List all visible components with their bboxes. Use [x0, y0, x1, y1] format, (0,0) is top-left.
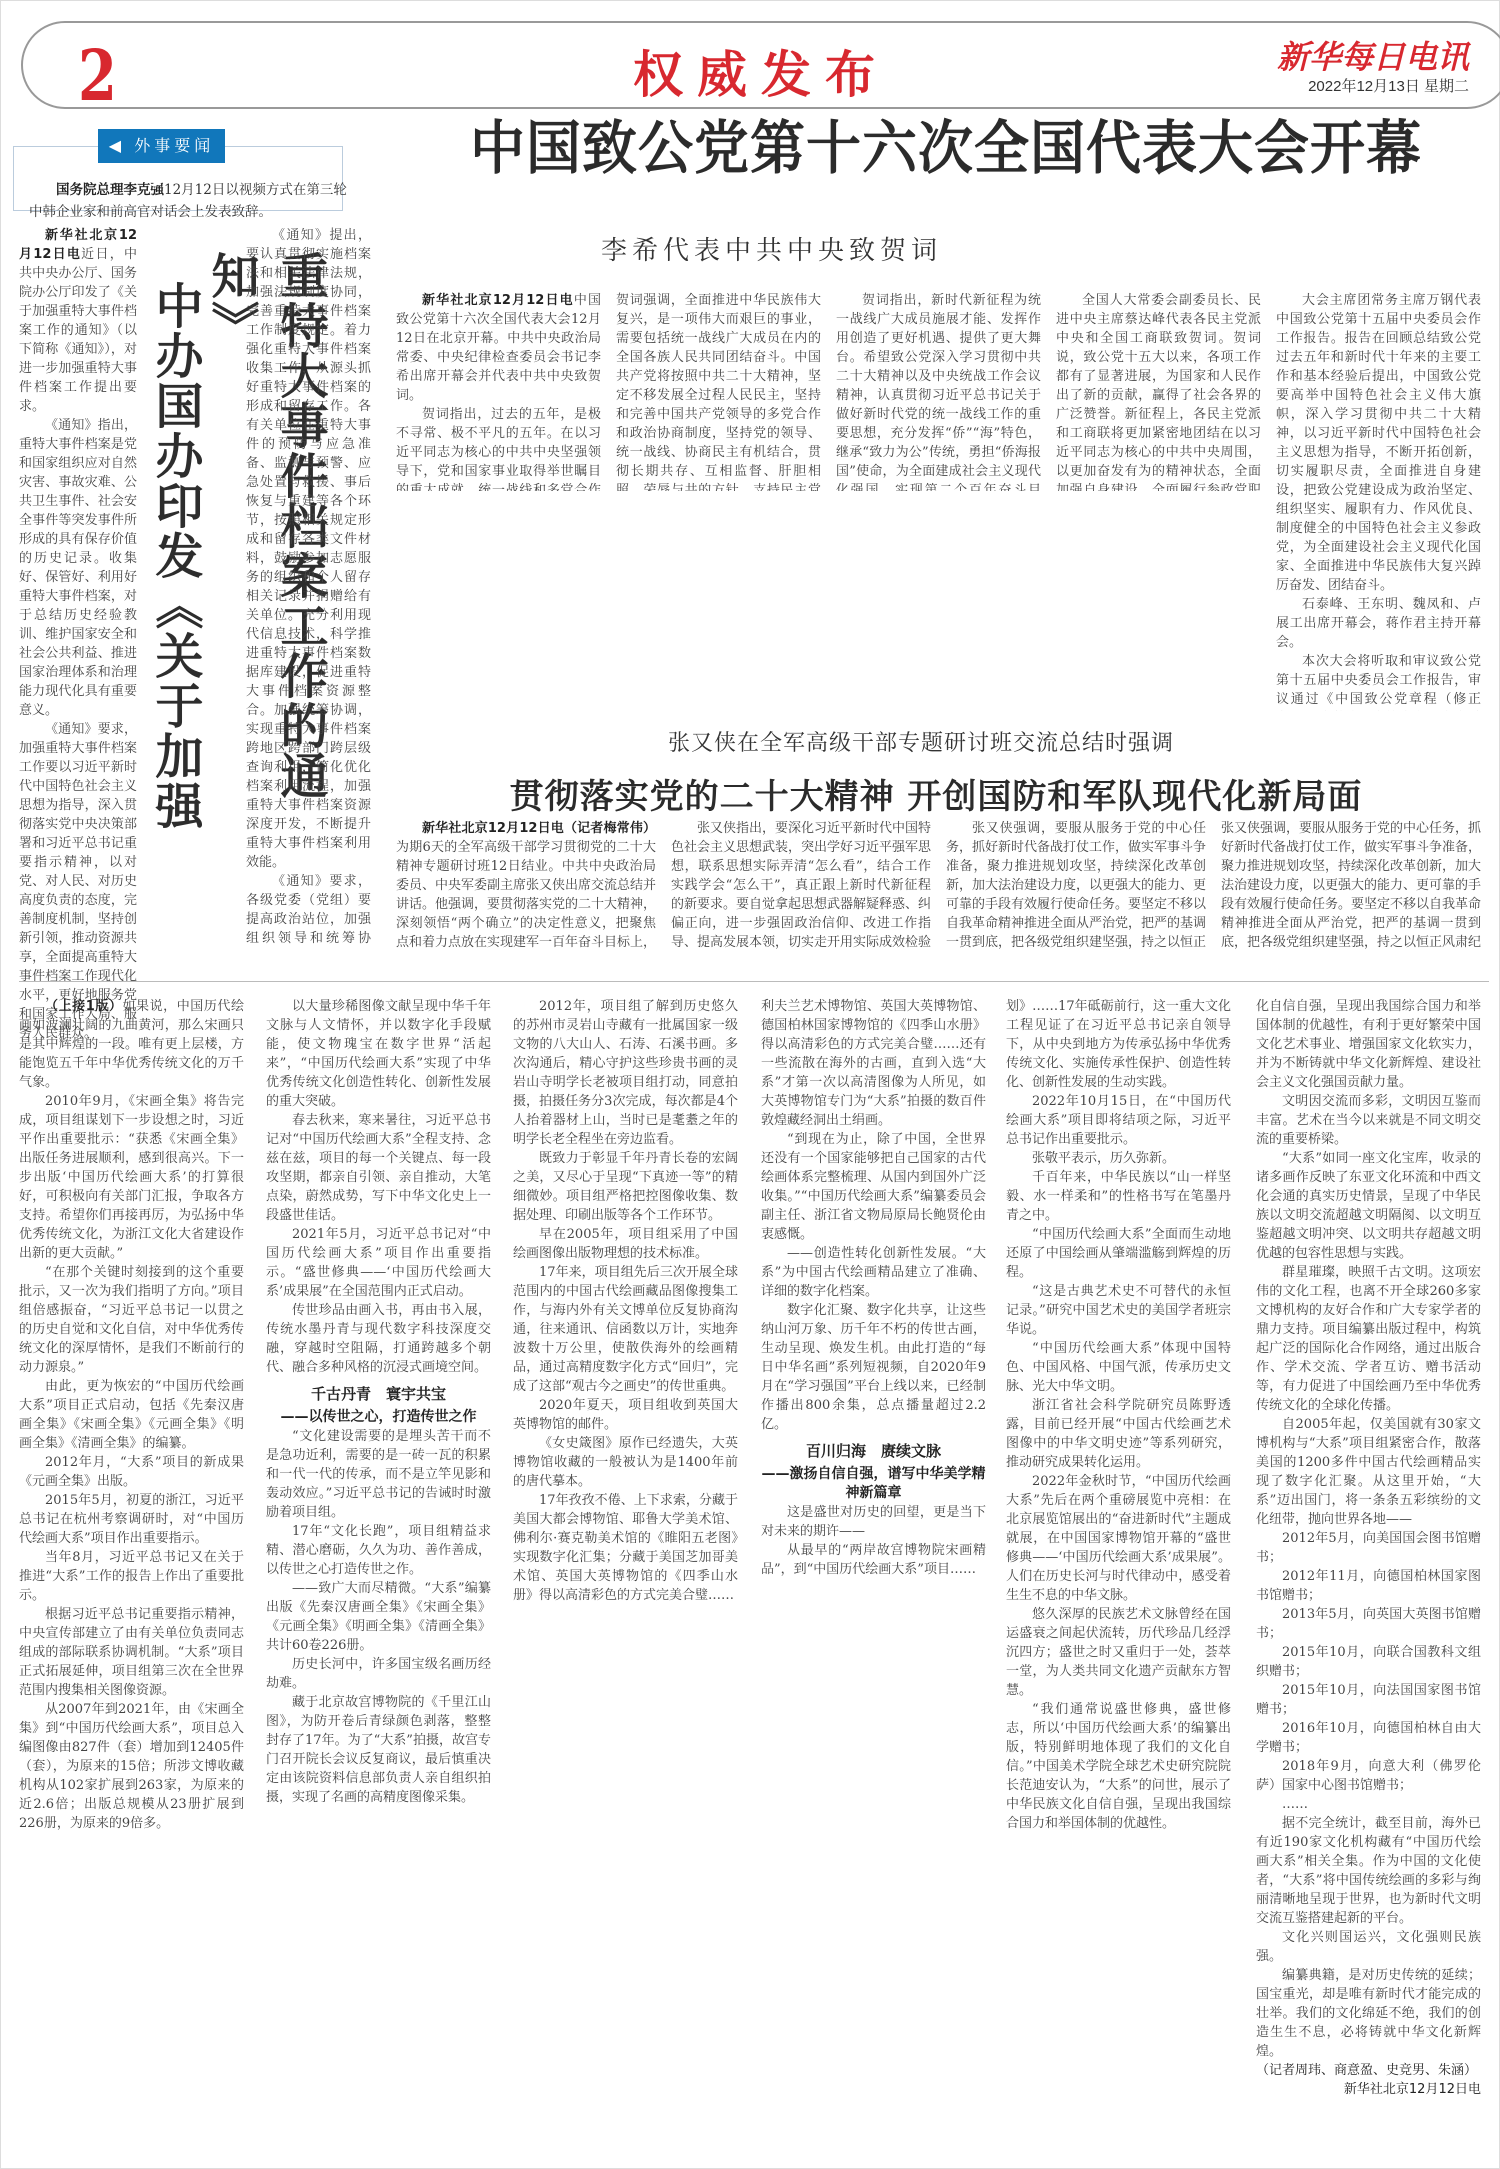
- painting-col-5: 划》……17年砥砺前行，这一重大文化工程见证了在习近平总书记亲自领导下，从中央到…: [1006, 997, 1231, 2157]
- painting-f11: 2016年10月，向德国柏林自由大学赠书；: [1256, 1719, 1481, 1757]
- painting-b5: “文化建设需要的是埋头苦干而不是急功近利，需要的是一砖一瓦的积累和一代一代的传承…: [266, 1427, 491, 1522]
- painting-f4: 群星璀璨，映照千古文明。这项宏伟的文化工程，也离不开全球260多家文博机构的友好…: [1256, 1263, 1481, 1415]
- brand-block: 新华每日电讯 2022年12月13日 星期二: [1277, 37, 1469, 97]
- painting-a2: 2010年9月，《宋画全集》将告完成，项目组谋划下一步设想之时，习近平作出重要批…: [19, 1092, 244, 1263]
- military-col-4: 张又侠强调，要服从服务于党的中心任务，抓好新时代备战打仗工作，做实军事斗争准备，…: [1221, 819, 1481, 949]
- painting-c2: 既致力于彰显千年丹青长卷的宏阔之美，又尽心于呈现“下真迹一等”的精细微妙。项目组…: [513, 1149, 738, 1225]
- painting-f7: 2012年11月，向德国柏林国家图书馆赠书；: [1256, 1567, 1481, 1605]
- painting-d4: 数字化汇聚、数字化共享，让这些纳山河万象、历千年不朽的传世古画，生动呈现、焕发生…: [761, 1301, 986, 1434]
- main-subheadline: 李希代表中共中央致贺词: [601, 233, 1201, 269]
- archive-p3: 《通知》要求，加强重特大事件档案工作要以习近平新时代中国特色社会主义思想为指导，…: [19, 720, 137, 1043]
- subsection2-title: 百川归海 赓续文脉: [761, 1442, 986, 1461]
- painting-b2: 春去秋来，寒来暑往，习近平总书记对“中国历代绘画大系”全程支持、念兹在兹，项目的…: [266, 1111, 491, 1225]
- military-p3-cont: 张又侠强调，要服从服务于党的中心任务，抓好新时代备战打仗工作，做实军事斗争准备，…: [1221, 819, 1481, 949]
- painting-d3: ——创造性转化创新性发展。“大系”为中国古代绘画精品建立了准确、详细的数字化档案…: [761, 1244, 986, 1301]
- painting-b6: 17年“文化长跑”，项目组精益求精、潜心磨砺，久久为功、善作善成，以传世之心打造…: [266, 1522, 491, 1579]
- archive-col-2: 《通知》提出，要认真贯彻实施档案法和相关法律法规，加强法规制度协同，完善重特大事…: [246, 226, 371, 946]
- painting-col-4: 利夫兰艺术博物馆、英国大英博物馆、德国柏林国家博物馆的《四季山水册》得以高清彩色…: [761, 997, 986, 2157]
- subsection2-subtitle: ——激扬自信自强，谱写中华美学精神新篇章: [761, 1465, 986, 1503]
- painting-a3: “在那个关键时刻接到的这个重要批示，又一次为我们指明了方向。”项目组倍感振奋，“…: [19, 1263, 244, 1377]
- painting-col-3: 2012年，项目组了解到历史悠久的苏州市灵岩山寺藏有一批属国家一级文物的八大山人…: [513, 997, 738, 2157]
- painting-d6: 从最早的“两岸故宫博物院宋画精品”，到“中国历代绘画大系”项目……: [761, 1541, 986, 1579]
- congress-p4: 贺词指出，新时代新征程为统一战线广大成员施展才能、发挥作用创造了更好机遇、提供了…: [836, 291, 1041, 491]
- painting-f2: 文明因交流而多彩，文明因互鉴而丰富。艺术在当今以来就是不同文明交流的重要桥梁。: [1256, 1092, 1481, 1149]
- congress-col-4: 全国人大常委会副委员长、民进中央主席蔡达峰代表各民主党派中央和全国工商联致贺词。…: [1056, 291, 1261, 491]
- foreign-news-tag: ◀ 外事要闻 ▶: [98, 129, 225, 163]
- military-p2: 张又侠指出，要深化习近平新时代中国特色社会主义思想武装，突出学好习近平强军思想，…: [671, 819, 931, 949]
- painting-e2: 2022年10月15日，在“中国历代绘画大系”项目即将结项之际，习近平总书记作出…: [1006, 1092, 1231, 1149]
- painting-e3: 张敬平表示，历久弥新。: [1006, 1149, 1231, 1168]
- painting-f5: 自2005年起，仅美国就有30家文博机构与“大系”项目组紧密合作，散落美国的12…: [1256, 1415, 1481, 1529]
- painting-f1: 化自信自强，呈现出我国综合国力和举国体制的优越性，有利于更好繁荣中国文化艺术事业…: [1256, 997, 1481, 1092]
- painting-c7: 17年孜孜不倦、上下求索，分藏于美国大都会博物馆、耶鲁大学美术馆、佛利尔·赛克勒…: [513, 1491, 738, 1605]
- painting-b1: 以大量珍稀图像文献呈现中华千年文脉与人文情怀，并以数字化手段赋能，使文物瑰宝在数…: [266, 997, 491, 1111]
- painting-b3: 2021年5月，习近平总书记对“中国历代绘画大系”项目作出重要指示。“盛世修典—…: [266, 1225, 491, 1301]
- painting-f6: 2012年5月，向美国国会图书馆赠书；: [1256, 1529, 1481, 1567]
- foreign-news-lead: 国务院总理李克强: [56, 182, 164, 198]
- painting-a8: 根据习近平总书记重要指示精神，中央宣传部建立了由有关单位负责同志组成的部际联系协…: [19, 1605, 244, 1700]
- congress-p7: 大会主席团常务主席万钢代表中国致公党第十五届中央委员会作工作报告。报告在回顾总结…: [1276, 291, 1481, 595]
- military-p3: 张又侠强调，要服从服务于党的中心任务，抓好新时代备战打仗工作，做实军事斗争准备，…: [946, 819, 1206, 949]
- masthead: 2 权威发布 新华每日电讯 2022年12月13日 星期二: [21, 21, 1500, 109]
- congress-col-2: 贺词强调，全面推进中华民族伟大复兴，是一项伟大而艰巨的事业，需要包括统一战线广大…: [616, 291, 821, 491]
- congress-p2: 贺词指出，过去的五年，是极不寻常、极不平凡的五年。在以习近平同志为核心的中共中央…: [396, 405, 601, 491]
- page-number: 2: [78, 41, 117, 111]
- painting-d2: “到现在为止，除了中国，全世界还没有一个国家能够把自己国家的古代绘画体系完整梳理…: [761, 1130, 986, 1244]
- painting-e11: “我们通常说盛世修典，盛世修志，所以‘中国历代绘画大系’的编纂出版，特别鲜明地体…: [1006, 1700, 1231, 1833]
- painting-e10: 悠久深厚的民族艺术文脉曾经在国运盛衰之间起伏流转，历代珍品几经浮沉四方；盛世之时…: [1006, 1605, 1231, 1700]
- painting-f13: ……: [1256, 1795, 1481, 1814]
- painting-c1: 2012年，项目组了解到历史悠久的苏州市灵岩山寺藏有一批属国家一级文物的八大山人…: [513, 997, 738, 1149]
- continued-from-label: （上接1版）: [45, 999, 122, 1014]
- congress-col-3: 贺词指出，新时代新征程为统一战线广大成员施展才能、发挥作用创造了更好机遇、提供了…: [836, 291, 1041, 491]
- painting-e5: “中国历代绘画大系”全面而生动地还原了中国绘画从肇端滥觞到辉煌的历程。: [1006, 1225, 1231, 1282]
- painting-f3: “大系”如同一座文化宝库，收录的诸多画作反映了东亚文化环流和中西文化会通的真实历…: [1256, 1149, 1481, 1263]
- military-col-1: 新华社北京12月12日电（记者梅常伟）为期6天的全军高级干部学习贯彻党的二十大精…: [396, 819, 656, 949]
- painting-col-1: （上接1版）如果说，中国历代绘画如波澜壮阔的九曲黄河，那么宋画只是其中辉煌的一段…: [19, 997, 244, 2157]
- section-title: 权威发布: [633, 45, 889, 105]
- issue-date: 2022年12月13日 星期二: [1277, 77, 1469, 97]
- painting-a9: 从2007年到2021年，由《宋画全集》到“中国历代绘画大系”，项目总入编图像由…: [19, 1700, 244, 1833]
- congress-p1: 中国致公党第十六次全国代表大会12月12日在北京开幕。中共中央政治局常委、中央纪…: [396, 293, 601, 403]
- painting-e1: 划》……17年砥砺前行，这一重大文化工程见证了在习近平总书记亲自领导下，从中央到…: [1006, 997, 1231, 1092]
- painting-a5: 2012年月，“大系”项目的新成果《元画全集》出版。: [19, 1453, 244, 1491]
- archive-p5: 《通知》要求，各级党委（党组）要提高政治站位，加强组织领导和统筹协调，建立党委统…: [246, 872, 371, 946]
- section-divider: [19, 981, 1489, 982]
- painting-f10: 2015年10月，向法国国家图书馆赠书；: [1256, 1681, 1481, 1719]
- archive-p2: 《通知》指出，重特大事件档案是党和国家组织应对自然灾害、事故灾难、公共卫生事件、…: [19, 416, 137, 720]
- congress-dateline: 新华社北京12月12日电: [422, 293, 574, 308]
- military-dateline: 新华社北京12月12日电（记者梅常伟）: [422, 821, 656, 836]
- congress-p8: 石泰峰、王东明、魏凤和、卢展工出席开幕会，蒋作君主持开幕会。: [1276, 595, 1481, 652]
- painting-f15: 文化兴则国运兴，文化强则民族强。: [1256, 1928, 1481, 1966]
- congress-p9: 本次大会将听取和审议致公党第十五届中央委员会工作报告，审议通过《中国致公党章程（…: [1276, 652, 1481, 711]
- congress-p3: 贺词强调，全面推进中华民族伟大复兴，是一项伟大而艰巨的事业，需要包括统一战线广大…: [616, 291, 821, 491]
- archive-p1: 近日，中共中央办公厅、国务院办公厅印发了《关于加强重特大事件档案工作的通知》（以…: [19, 247, 137, 414]
- painting-e6: “这是古典艺术史不可替代的永恒记录。”研究中国艺术史的美国学者班宗华说。: [1006, 1282, 1231, 1339]
- subsection1-subtitle: ——以传世之心，打造传世之作: [266, 1408, 491, 1427]
- painting-e7: “中国历代绘画大系”体现中国特色、中国风格、中国气派，传承历史文脉、光大中华文明…: [1006, 1339, 1231, 1396]
- painting-c6: 《女史箴图》原作已经遗失，大英博物馆收藏的一般被认为是1400年前的唐代摹本。: [513, 1434, 738, 1491]
- subsection1-title: 千古丹青 寰宇共宝: [266, 1385, 491, 1404]
- painting-e4: 千百年来，中华民族以“山一样坚毅、水一样柔和”的性格书写在笔墨丹青之中。: [1006, 1168, 1231, 1225]
- painting-b8: 历史长河中，许多国宝级名画历经劫难。: [266, 1655, 491, 1693]
- painting-f14: 据不完全统计，截至目前，海外已有近190家文化机构藏有“中国历代绘画大系”相关全…: [1256, 1814, 1481, 1928]
- painting-c4: 17年来，项目组先后三次开展全球范围内的中国古代绘画藏品图像搜集工作，与海内外有…: [513, 1263, 738, 1396]
- painting-a7: 当年8月，习近平总书记又在关于推进“大系”工作的报告上作出了重要批示。: [19, 1548, 244, 1605]
- painting-d5: 这是盛世对历史的回望，更是当下对未来的期许——: [761, 1503, 986, 1541]
- painting-c3: 早在2005年，项目组采用了中国绘画图像出版物理想的技术标准。: [513, 1225, 738, 1263]
- brand-logo: 新华每日电讯: [1277, 37, 1469, 77]
- painting-f8: 2013年5月，向英国大英图书馆赠书；: [1256, 1605, 1481, 1643]
- newspaper-page: 2 权威发布 新华每日电讯 2022年12月13日 星期二 ◀ 外事要闻 ▶ 国…: [0, 0, 1500, 2169]
- archive-p4: 《通知》提出，要认真贯彻实施档案法和相关法律法规，加强法规制度协同，完善重特大事…: [246, 226, 371, 872]
- painting-b4: 传世珍品由画入书，再由书入展，传统水墨丹青与现代数字科技深度交融，穿越时空阻隔，…: [266, 1301, 491, 1377]
- congress-col-5: 大会主席团常务主席万钢代表中国致公党第十五届中央委员会作工作报告。报告在回顾总结…: [1276, 291, 1481, 711]
- painting-a6: 2015年5月，初夏的浙江，习近平总书记在杭州考察调研时，对“中国历代绘画大系”…: [19, 1491, 244, 1548]
- reporters-byline: （记者周玮、商意盈、史竞男、朱涵）: [1256, 2061, 1481, 2080]
- painting-e9: 2022年金秋时节，“中国历代绘画大系”先后在两个重磅展览中亮相：在北京展览馆展…: [1006, 1472, 1231, 1605]
- military-p1: 为期6天的全军高级干部学习贯彻党的二十大精神专题研讨班12日结业。中共中央政治局…: [396, 840, 656, 949]
- painting-e8: 浙江省社会科学院研究员陈野透露，目前已经开展“中国古代绘画艺术图像中的中华文明史…: [1006, 1396, 1231, 1472]
- archive-col-1: 新华社北京12月12日电近日，中共中央办公厅、国务院办公厅印发了《关于加强重特大…: [19, 226, 137, 1043]
- painting-f9: 2015年10月，向联合国教科文组织赠书；: [1256, 1643, 1481, 1681]
- military-col-2: 张又侠指出，要深化习近平新时代中国特色社会主义思想武装，突出学好习近平强军思想，…: [671, 819, 931, 949]
- military-headline: 贯彻落实党的二十大精神 开创国防和军队现代化新局面: [386, 769, 1486, 818]
- military-kicker: 张又侠在全军高级干部专题研讨班交流总结时强调: [471, 726, 1371, 757]
- main-headline: 中国致公党第十六次全国代表大会开幕: [396, 111, 1496, 185]
- painting-c5: 2020年夏天，项目组收到英国大英博物馆的邮件。: [513, 1396, 738, 1434]
- painting-f12: 2018年9月，向意大利（佛罗伦萨）国家中心图书馆赠书；: [1256, 1757, 1481, 1795]
- foreign-news-text: 国务院总理李克强12月12日以视频方式在第三轮中韩企业家和前高官对话会上发表致辞…: [29, 179, 349, 223]
- painting-b9: 藏于北京故宫博物院的《千里江山图》，为防开卷后青绿颜色剥落，整整封存了17年。为…: [266, 1693, 491, 1807]
- congress-p5: 全国人大常委会副委员长、民进中央主席蔡达峰代表各民主党派中央和全国工商联致贺词。…: [1056, 291, 1261, 491]
- painting-b7: ——致广大而尽精微。“大系”编纂出版《先秦汉唐画全集》《宋画全集》《元画全集》《…: [266, 1579, 491, 1655]
- military-col-3: 张又侠强调，要服从服务于党的中心任务，抓好新时代备战打仗工作，做实军事斗争准备，…: [946, 819, 1206, 949]
- congress-col-1: 新华社北京12月12日电中国致公党第十六次全国代表大会12月12日在北京开幕。中…: [396, 291, 601, 491]
- painting-col-2: 以大量珍稀图像文献呈现中华千年文脉与人文情怀，并以数字化手段赋能，使文物瑰宝在数…: [266, 997, 491, 2157]
- painting-col-6: 化自信自强，呈现出我国综合国力和举国体制的优越性，有利于更好繁荣中国文化艺术事业…: [1256, 997, 1481, 2157]
- end-dateline: 新华社北京12月12日电: [1256, 2080, 1481, 2099]
- painting-f16: 编纂典籍，是对历史传统的延续；国宝重光，却是唯有新时代才能完成的壮举。我们的文化…: [1256, 1966, 1481, 2061]
- painting-d1: 利夫兰艺术博物馆、英国大英博物馆、德国柏林国家博物馆的《四季山水册》得以高清彩色…: [761, 997, 986, 1130]
- painting-a4: 由此，更为恢宏的“中国历代绘画大系”项目正式启动，包括《先秦汉唐画全集》《宋画全…: [19, 1377, 244, 1453]
